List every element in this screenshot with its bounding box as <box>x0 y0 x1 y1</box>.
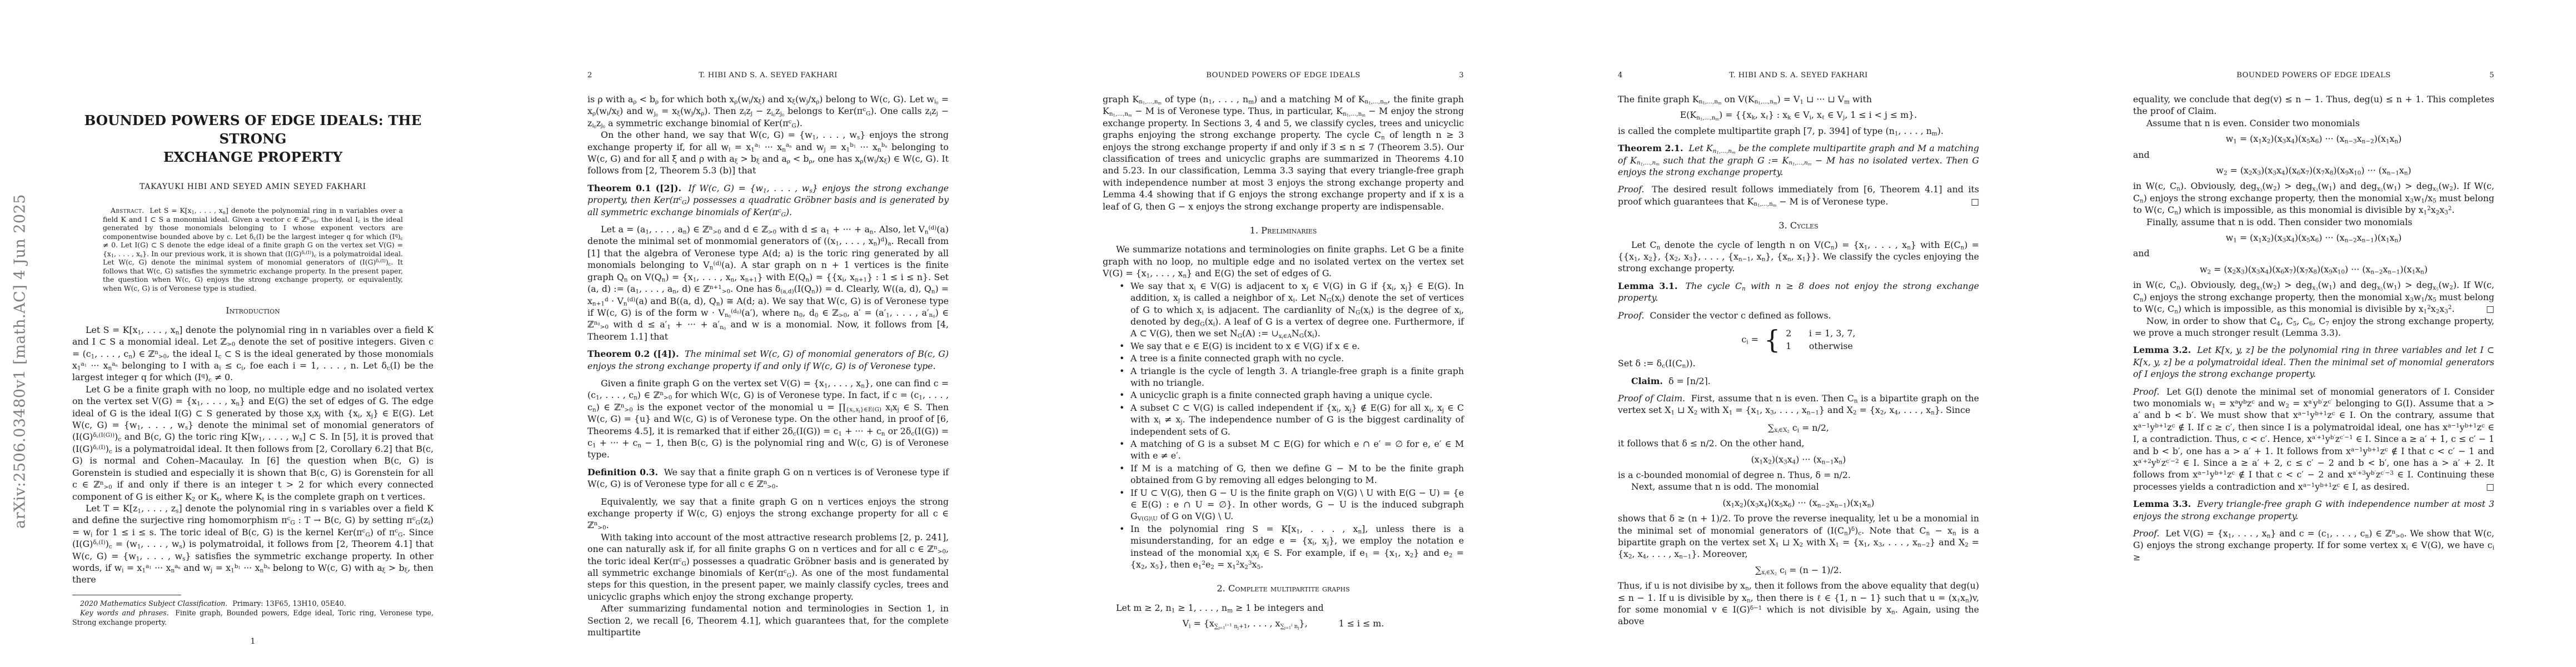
eq-block: w1 = (x1x2)(x3x4)(x5x6) ··· (xn−2xn−1)(x… <box>2133 232 2494 243</box>
p-block: graph Kn1,...,nm of type (n1, . . . , nm… <box>1103 93 1464 212</box>
bullet-block: A unicyclic graph is a finite connected … <box>1103 389 1464 401</box>
lemma-block: Lemma 3.1. The cycle Cn with n ≥ 8 does … <box>1618 280 1979 304</box>
eq-block: ∑xi∈X2 ci = (n − 1)/2. <box>1618 564 1979 576</box>
p-text: in W(c, Cn). Obviously, degx3(w2) > degx… <box>2133 280 2494 314</box>
theorem-block: Theorem 0.1 ([2]). If W(c, G) = {w1, . .… <box>587 182 949 218</box>
document-page: 2T. HIBI AND S. A. SEYED FAKHARIis ρ wit… <box>515 0 1030 667</box>
abstract-text: Let S = K[x1, . . . , xn] denote the pol… <box>103 206 403 292</box>
footnote-text: Primary: 13F65, 13H10, 05E40. <box>232 599 346 608</box>
p-block: Next, assume that n is odd. The monomial <box>1618 481 1979 492</box>
p-text: Assume that n is even. Consider two mono… <box>2146 118 2360 128</box>
bullet-block: We say that xi ∈ V(G) is adjacent to xj … <box>1103 280 1464 340</box>
p-text: Set δ := δc(I(Cn)). <box>1618 358 1696 369</box>
header-running-title: BOUNDED POWERS OF EDGE IDEALS <box>2133 71 2494 79</box>
section-text: 1. Preliminaries <box>1250 225 1317 236</box>
section-text: Introduction <box>226 305 280 316</box>
p-block: it follows that δ ≤ n/2. On the other ha… <box>1618 437 1979 449</box>
page-content: The finite graph Kn1,...,nm on V(Kn1,...… <box>1618 93 1979 628</box>
proof-label: Proof. <box>1618 184 1645 195</box>
p-block: Let G be a finite graph with no loop, no… <box>72 384 434 502</box>
p-block: Finally, assume that n is odd. Then cons… <box>2133 216 2494 228</box>
bullet-text: We say that e ∈ E(G) is incident to x ∈ … <box>1130 341 1360 351</box>
page-header: 4T. HIBI AND S. A. SEYED FAKHARI <box>1618 71 1979 82</box>
cases-block: ci ={2 i = 1, 3, 7,1 otherwise <box>1618 327 1979 352</box>
p-text: Let T = K[z1, . . . , zs] denote the pol… <box>72 503 434 585</box>
p-text: and <box>2133 248 2150 258</box>
eq-block: Vi = {x∑j=1i−1 nj+1, . . . , x∑j=1i nj},… <box>1103 618 1464 629</box>
theorem-label: Theorem 0.1 ([2]). <box>587 183 681 193</box>
eq-text: (x1x2)(x3x4) ··· (xn−1xn) <box>1751 454 1846 465</box>
p-text: Let a = (a1, . . . , an) ∈ ℤn>0 and d ∈ … <box>587 224 949 342</box>
equation-tail: 1 ≤ i ≤ m. <box>1339 618 1384 629</box>
eq-block: w2 = (x2x3)(x3x4)(x6x7)(x7x8)(x9x10) ···… <box>2133 165 2494 176</box>
eq-text: (x1x2)(x3x4)(x5x6) ··· (xn−2xn−1)(x1xn) <box>1722 497 1874 508</box>
proof-text: Consider the vector c defined as follows… <box>1650 310 1831 321</box>
proof-block: Proof. Let G(I) denote the minimal set o… <box>2133 386 2494 493</box>
footnote-label: Key words and phrases. <box>80 609 169 617</box>
p-text: Given a finite graph G on the vertex set… <box>587 378 949 460</box>
p-block: and <box>2133 247 2494 259</box>
p-block: Equivalently, we say that a finite graph… <box>587 496 949 531</box>
header-page-number: 3 <box>1459 71 1464 79</box>
bullet-text: A unicyclic graph is a finite connected … <box>1130 390 1432 400</box>
header-running-title: BOUNDED POWERS OF EDGE IDEALS <box>1103 71 1464 79</box>
p-text: The finite graph Kn1,...,nm on V(Kn1,...… <box>1618 94 1872 104</box>
proof-block: Proof. The desired result follows immedi… <box>1618 183 1979 207</box>
header-running-title: T. HIBI AND S. A. SEYED FAKHARI <box>1618 71 1979 79</box>
p-text: is ρ with aρ < bρ for which both xρ(wi/x… <box>587 94 949 128</box>
p-block: Now, in order to show that C4, C5, C6, C… <box>2133 315 2494 339</box>
p-text: graph Kn1,...,nm of type (n1, . . . , nm… <box>1103 94 1464 212</box>
bullet-block: We say that e ∈ E(G) is incident to x ∈ … <box>1103 340 1464 352</box>
proofclaim-block: Proof of Claim. First, assume that n is … <box>1618 392 1979 416</box>
eq-text: w1 = (x1x2)(x3x4)(x5x6) ··· (xn−3xn−2)(x… <box>2226 133 2402 144</box>
p-text: With taking into account of the most att… <box>587 532 949 602</box>
p-text: and <box>2133 150 2150 160</box>
document-page: BOUNDED POWERS OF EDGE IDEALS3graph Kn1,… <box>1030 0 1546 667</box>
p-block: Thus, if u is not divisibe by xn, then i… <box>1618 580 1979 628</box>
lemma-label: Lemma 3.3. <box>2133 499 2191 509</box>
eq-block: w2 = (x2x3)(x3x4)(x6x7)(x7x8)(x9x10) ···… <box>2133 263 2494 275</box>
footrule-block <box>72 595 181 595</box>
section-block: 3. Cycles <box>1618 220 1979 231</box>
theorem-block: Theorem 2.1. Let Kn1,...,nm be the compl… <box>1618 142 1979 178</box>
qed-box: □ <box>2486 303 2494 315</box>
proof-block: Proof. Let V(G) = {x1, . . . , xn} and c… <box>2133 527 2494 563</box>
eq-text: w2 = (x2x3)(x3x4)(x6x7)(x7x8)(x9x10) ···… <box>2200 264 2428 275</box>
header-page-number: 5 <box>2489 71 2494 79</box>
section-block: 1. Preliminaries <box>1103 225 1464 236</box>
theorem-label: Theorem 0.2 ([4]). <box>587 349 679 359</box>
left-brace: { <box>1764 327 1780 352</box>
page-content: graph Kn1,...,nm of type (n1, . . . , nm… <box>1103 93 1464 634</box>
pagenum-block: 1 <box>72 636 434 648</box>
p-text: Next, assume that n is odd. The monomial <box>1631 481 1819 492</box>
cases-row: 1 otherwise <box>1786 340 1855 352</box>
lemma-label: Lemma 3.2. <box>2133 345 2191 355</box>
lemma-label: Lemma 3.1. <box>1618 281 1677 291</box>
eq-text: E(Kn1,...,nm) = {{xk, xℓ} : xk ∈ Vi, xℓ … <box>1680 109 1917 120</box>
bullet-block: A tree is a finite connected graph with … <box>1103 352 1464 364</box>
theorem-label: Theorem 2.1. <box>1618 143 1683 153</box>
section-block: Introduction <box>72 305 434 316</box>
eq-block: w1 = (x1x2)(x3x4)(x5x6) ··· (xn−3xn−2)(x… <box>2133 133 2494 145</box>
authors-block: TAKAYUKI HIBI AND SEYED AMIN SEYED FAKHA… <box>72 181 434 193</box>
p-text: After summarizing fundamental notion and… <box>587 603 949 638</box>
bullet-text: If U ⊂ V(G), then G − U is the finite gr… <box>1130 487 1464 522</box>
p-text: in W(c, Cn). Obviously, degx3(w2) > degx… <box>2133 181 2494 215</box>
p-text: Equivalently, we say that a finite graph… <box>587 496 949 531</box>
bullet-text: A subset C ⊂ V(G) is called independent … <box>1130 402 1464 437</box>
eq-block: ∑xi∈X2 ci = n/2, <box>1618 422 1979 434</box>
p-text: Let G be a finite graph with no loop, no… <box>72 384 434 502</box>
proof-text: Let G(I) denote the minimal set of monom… <box>2133 386 2494 492</box>
p-block: equality, we conclude that deg(v) ≤ n − … <box>2133 93 2494 117</box>
bullet-text: If M is a matching of G, then we define … <box>1130 463 1464 485</box>
page-content: equality, we conclude that deg(v) ≤ n − … <box>2133 93 2494 569</box>
eq-text: Vi = {x∑j=1i−1 nj+1, . . . , x∑j=1i nj}, <box>1183 618 1308 629</box>
p-block: is called the complete multipartite grap… <box>1618 125 1979 137</box>
pagenum-text: 1 <box>251 637 256 646</box>
header-running-title: T. HIBI AND S. A. SEYED FAKHARI <box>587 71 949 79</box>
eq-text: ∑xi∈X2 ci = (n − 1)/2. <box>1755 565 1842 575</box>
p-block: Set δ := δc(I(Cn)). <box>1618 357 1979 369</box>
section-block: 2. Complete multipartite graphs <box>1103 583 1464 594</box>
proof-label: Proof. <box>1618 310 1645 321</box>
theorem-block: Theorem 0.2 ([4]). The minimal set W(c, … <box>587 348 949 372</box>
bullet-block: A matching of G is a subset M ⊂ E(G) for… <box>1103 438 1464 462</box>
p-block: in W(c, Cn). Obviously, degx3(w2) > degx… <box>2133 279 2494 315</box>
page-header: 2T. HIBI AND S. A. SEYED FAKHARI <box>587 71 949 82</box>
section-text: 2. Complete multipartite graphs <box>1217 583 1349 594</box>
p-text: is called the complete multipartite grap… <box>1618 126 1944 136</box>
footnote-block: 2020 Mathematics Subject Classification.… <box>72 599 434 609</box>
document-page: BOUNDED POWERS OF EDGE IDEALS5equality, … <box>2061 0 2576 667</box>
p-block: On the other hand, we say that W(c, G) =… <box>587 129 949 177</box>
title-block: BOUNDED POWERS OF EDGE IDEALS: THE STRON… <box>72 111 434 166</box>
authors-text: TAKAYUKI HIBI AND SEYED AMIN SEYED FAKHA… <box>139 182 366 191</box>
eq-block: (x1x2)(x3x4) ··· (xn−1xn) <box>1618 454 1979 465</box>
paper-canvas: arXiv:2506.03480v1 [math.AC] 4 Jun 2025 … <box>0 0 2576 667</box>
definition-block: Definition 0.3. We say that a finite gra… <box>587 466 949 490</box>
proof-block: Proof. Consider the vector c defined as … <box>1618 310 1979 321</box>
page-header: BOUNDED POWERS OF EDGE IDEALS3 <box>1103 71 1464 82</box>
bullet-block: A subset C ⊂ V(G) is called independent … <box>1103 402 1464 437</box>
p-text: it follows that δ ≤ n/2. On the other ha… <box>1618 438 1805 449</box>
p-block: After summarizing fundamental notion and… <box>587 603 949 638</box>
bullet-text: A tree is a finite connected graph with … <box>1130 353 1344 364</box>
bullet-block: In the polynomial ring S = K[x1, . . . ,… <box>1103 523 1464 571</box>
qed-box: □ <box>2486 481 2494 492</box>
p-block: Given a finite graph G on the vertex set… <box>587 377 949 461</box>
p-text: Finally, assume that n is odd. Then cons… <box>2146 217 2412 227</box>
proofclaim-label: Proof of Claim. <box>1618 393 1685 404</box>
proof-text: Let V(G) = {x1, . . . , xn} and c = (c1,… <box>2133 528 2494 563</box>
claim-label: Claim. <box>1631 376 1663 386</box>
footnote-block: Key words and phrases. Finite graph, Bou… <box>72 609 434 628</box>
p-block: shows that δ ≥ (n + 1)/2. To prove the r… <box>1618 512 1979 560</box>
page-content: BOUNDED POWERS OF EDGE IDEALS: THE STRON… <box>72 111 434 648</box>
p-text: Let S = K[x1, . . . , xn] denote the pol… <box>72 325 434 383</box>
footnote-label: 2020 Mathematics Subject Classification. <box>80 599 227 608</box>
section-text: 3. Cycles <box>1778 220 1818 231</box>
p-text: Thus, if u is not divisibe by xn, then i… <box>1618 580 1979 626</box>
p-block: The finite graph Kn1,...,nm on V(Kn1,...… <box>1618 93 1979 105</box>
lemma-block: Lemma 3.3. Every triangle-free graph G w… <box>2133 498 2494 522</box>
p-text: Let m ≥ 2, n1 ≥ 1, . . . , nm ≥ 1 be int… <box>1116 603 1324 613</box>
document-page: BOUNDED POWERS OF EDGE IDEALS: THE STRON… <box>0 0 515 667</box>
eq-text: w1 = (x1x2)(x3x4)(x5x6) ··· (xn−2xn−1)(x… <box>2226 232 2402 243</box>
p-block: Let m ≥ 2, n1 ≥ 1, . . . , nm ≥ 1 be int… <box>1103 602 1464 614</box>
p-text: Now, in order to show that C4, C5, C6, C… <box>2133 316 2494 338</box>
p-text: We summarize notations and terminologies… <box>1103 244 1464 278</box>
eq-text: ∑xi∈X2 ci = n/2, <box>1768 422 1829 433</box>
cases-rows: 2 i = 1, 3, 7,1 otherwise <box>1786 327 1855 352</box>
eq-text: w2 = (x2x3)(x3x4)(x6x7)(x7x8)(x9x10) ···… <box>2216 165 2411 176</box>
document-page: 4T. HIBI AND S. A. SEYED FAKHARIThe fini… <box>1546 0 2061 667</box>
p-block: Let T = K[z1, . . . , zs] denote the pol… <box>72 502 434 586</box>
claim-text: δ = ⌈n/2⌉. <box>1668 376 1711 386</box>
bullet-block: A triangle is the cycle of length 3. A t… <box>1103 365 1464 389</box>
bullet-text: A triangle is the cycle of length 3. A t… <box>1130 366 1464 388</box>
lemma-block: Lemma 3.2. Let K[x, y, z] be the polynom… <box>2133 344 2494 380</box>
page-content: is ρ with aρ < bρ for which both xρ(wi/x… <box>587 93 949 638</box>
p-text: On the other hand, we say that W(c, G) =… <box>587 130 949 176</box>
p-text: is a c-bounded monomial of degree n. Thu… <box>1618 470 1851 480</box>
eq-block: E(Kn1,...,nm) = {{xk, xℓ} : xk ∈ Vi, xℓ … <box>1618 109 1979 121</box>
bullet-text: In the polynomial ring S = K[x1, . . . ,… <box>1130 524 1464 570</box>
p-block: is ρ with aρ < bρ for which both xρ(wi/x… <box>587 93 949 129</box>
proof-text: The desired result follows immediately f… <box>1618 184 1979 206</box>
p-block: Let a = (a1, . . . , an) ∈ ℤn>0 and d ∈ … <box>587 223 949 342</box>
p-block: Let S = K[x1, . . . , xn] denote the pol… <box>72 324 434 384</box>
claim-block: Claim. δ = ⌈n/2⌉. <box>1618 375 1979 387</box>
p-block: in W(c, Cn). Obviously, degx3(w2) > degx… <box>2133 180 2494 216</box>
cases-lead: ci = <box>1742 333 1758 345</box>
proof-label: Proof. <box>2133 528 2160 539</box>
bullet-text: A matching of G is a subset M ⊂ E(G) for… <box>1130 439 1464 461</box>
abstract-block: Abstract. Let S = K[x1, . . . , xn] deno… <box>103 206 403 292</box>
eq-block: (x1x2)(x3x4)(x5x6) ··· (xn−2xn−1)(x1xn) <box>1618 497 1979 509</box>
page-header: BOUNDED POWERS OF EDGE IDEALS5 <box>2133 71 2494 82</box>
title-text: BOUNDED POWERS OF EDGE IDEALS: THE STRON… <box>84 112 422 165</box>
bullet-block: If U ⊂ V(G), then G − U is the finite gr… <box>1103 487 1464 522</box>
cases-row: 2 i = 1, 3, 7, <box>1786 327 1855 339</box>
proof-label: Proof. <box>2133 386 2160 397</box>
p-text: Let Cn denote the cycle of length n on V… <box>1618 240 1979 274</box>
p-block: is a c-bounded monomial of degree n. Thu… <box>1618 469 1979 481</box>
bullet-block: If M is a matching of G, then we define … <box>1103 462 1464 486</box>
p-block: and <box>2133 149 2494 161</box>
p-text: equality, we conclude that deg(v) ≤ n − … <box>2133 94 2494 116</box>
qed-box: □ <box>1971 196 1979 207</box>
abstract-label: Abstract. <box>111 206 145 215</box>
bullet-text: We say that xi ∈ V(G) is adjacent to xj … <box>1130 281 1464 339</box>
p-block: Assume that n is even. Consider two mono… <box>2133 117 2494 129</box>
p-block: Let Cn denote the cycle of length n on V… <box>1618 239 1979 275</box>
p-block: We summarize notations and terminologies… <box>1103 243 1464 279</box>
p-block: With taking into account of the most att… <box>587 531 949 603</box>
p-text: shows that δ ≥ (n + 1)/2. To prove the r… <box>1618 513 1979 559</box>
definition-label: Definition 0.3. <box>587 467 658 477</box>
